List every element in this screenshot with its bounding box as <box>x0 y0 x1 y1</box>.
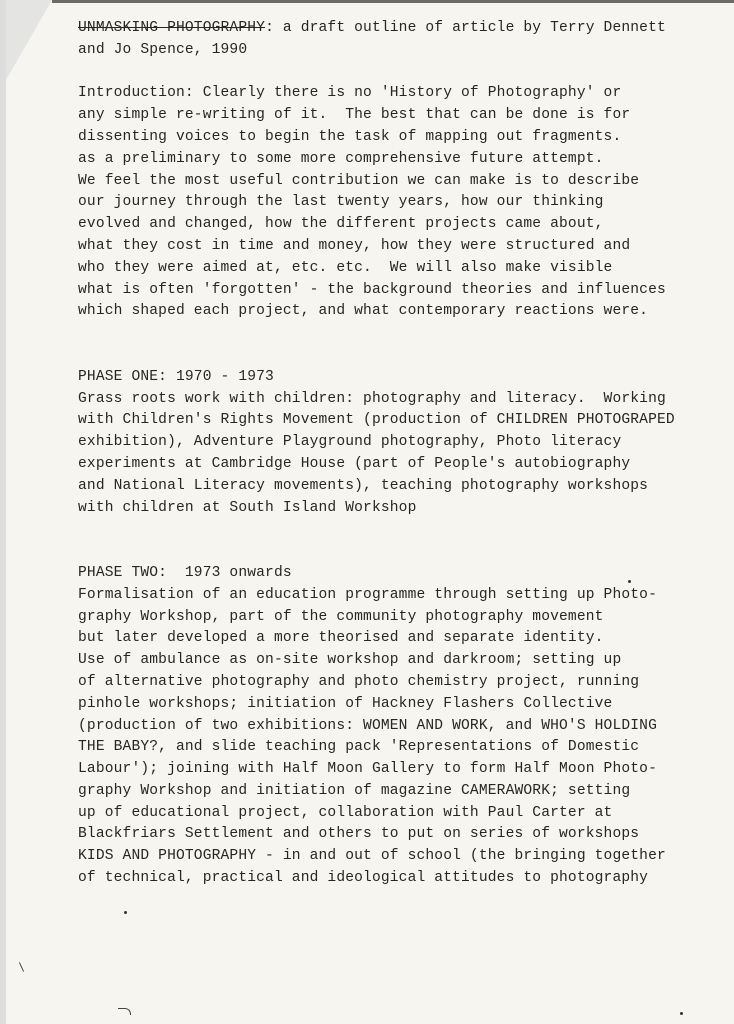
phase-one-line: Grass roots work with children: photogra… <box>78 389 718 411</box>
intro-line: Introduction: Clearly there is no 'Histo… <box>78 83 718 105</box>
byline: and Jo Spence, 1990 <box>78 40 718 62</box>
introduction-paragraph: Introduction: Clearly there is no 'Histo… <box>78 83 718 323</box>
phase-two-heading: PHASE TWO: 1973 onwards <box>78 563 718 585</box>
phase-one-section: PHASE ONE: 1970 - 1973 Grass roots work … <box>78 367 718 520</box>
scan-background <box>0 0 6 1024</box>
intro-line: dissenting voices to begin the task of m… <box>78 127 718 149</box>
document-body: UNMASKING PHOTOGRAPHY: a draft outline o… <box>78 18 718 890</box>
phase-two-line: Labour'); joining with Half Moon Gallery… <box>78 759 718 781</box>
phase-one-heading: PHASE ONE: 1970 - 1973 <box>78 367 718 389</box>
phase-two-line: graphy Workshop, part of the community p… <box>78 607 718 629</box>
intro-line: evolved and changed, how the different p… <box>78 214 718 236</box>
page-top-edge <box>52 0 734 3</box>
phase-two-line: KIDS AND PHOTOGRAPHY - in and out of sch… <box>78 846 718 868</box>
document-page: UNMASKING PHOTOGRAPHY: a draft outline o… <box>0 0 734 1024</box>
phase-one-line: with children at South Island Workshop <box>78 498 718 520</box>
phase-two-line: Formalisation of an education programme … <box>78 585 718 607</box>
intro-line: who they were aimed at, etc. etc. We wil… <box>78 258 718 280</box>
title-line: UNMASKING PHOTOGRAPHY: a draft outline o… <box>78 18 718 40</box>
struck-title: UNMASKING PHOTOGRAPHY <box>78 20 265 36</box>
scan-speck <box>124 911 127 914</box>
phase-one-line: experiments at Cambridge House (part of … <box>78 454 718 476</box>
phase-two-line: but later developed a more theorised and… <box>78 628 718 650</box>
phase-two-line: THE BABY?, and slide teaching pack 'Repr… <box>78 737 718 759</box>
intro-line: We feel the most useful contribution we … <box>78 171 718 193</box>
phase-one-line: exhibition), Adventure Playground photog… <box>78 432 718 454</box>
phase-two-line: Use of ambulance as on-site workshop and… <box>78 650 718 672</box>
phase-two-line: Blackfriars Settlement and others to put… <box>78 824 718 846</box>
intro-line: any simple re-writing of it. The best th… <box>78 105 718 127</box>
phase-two-section: PHASE TWO: 1973 onwards Formalisation of… <box>78 563 718 890</box>
title-rest: : a draft outline of article by Terry De… <box>265 20 666 36</box>
phase-two-line: (production of two exhibitions: WOMEN AN… <box>78 716 718 738</box>
phase-two-line: of technical, practical and ideological … <box>78 868 718 890</box>
pen-mark <box>118 1008 131 1015</box>
intro-line: what is often 'forgotten' - the backgrou… <box>78 280 718 302</box>
intro-line: as a preliminary to some more comprehens… <box>78 149 718 171</box>
phase-two-line: pinhole workshops; initiation of Hackney… <box>78 694 718 716</box>
intro-line: what they cost in time and money, how th… <box>78 236 718 258</box>
scan-speck <box>680 1012 683 1015</box>
phase-two-line: up of educational project, collaboration… <box>78 803 718 825</box>
intro-line: which shaped each project, and what cont… <box>78 301 718 323</box>
phase-one-line: and National Literacy movements), teachi… <box>78 476 718 498</box>
pen-mark <box>19 962 24 971</box>
phase-two-line: graphy Workshop and initiation of magazi… <box>78 781 718 803</box>
scan-speck <box>628 580 631 583</box>
intro-line: our journey through the last twenty year… <box>78 192 718 214</box>
phase-one-line: with Children's Rights Movement (product… <box>78 410 718 432</box>
phase-two-line: of alternative photography and photo che… <box>78 672 718 694</box>
